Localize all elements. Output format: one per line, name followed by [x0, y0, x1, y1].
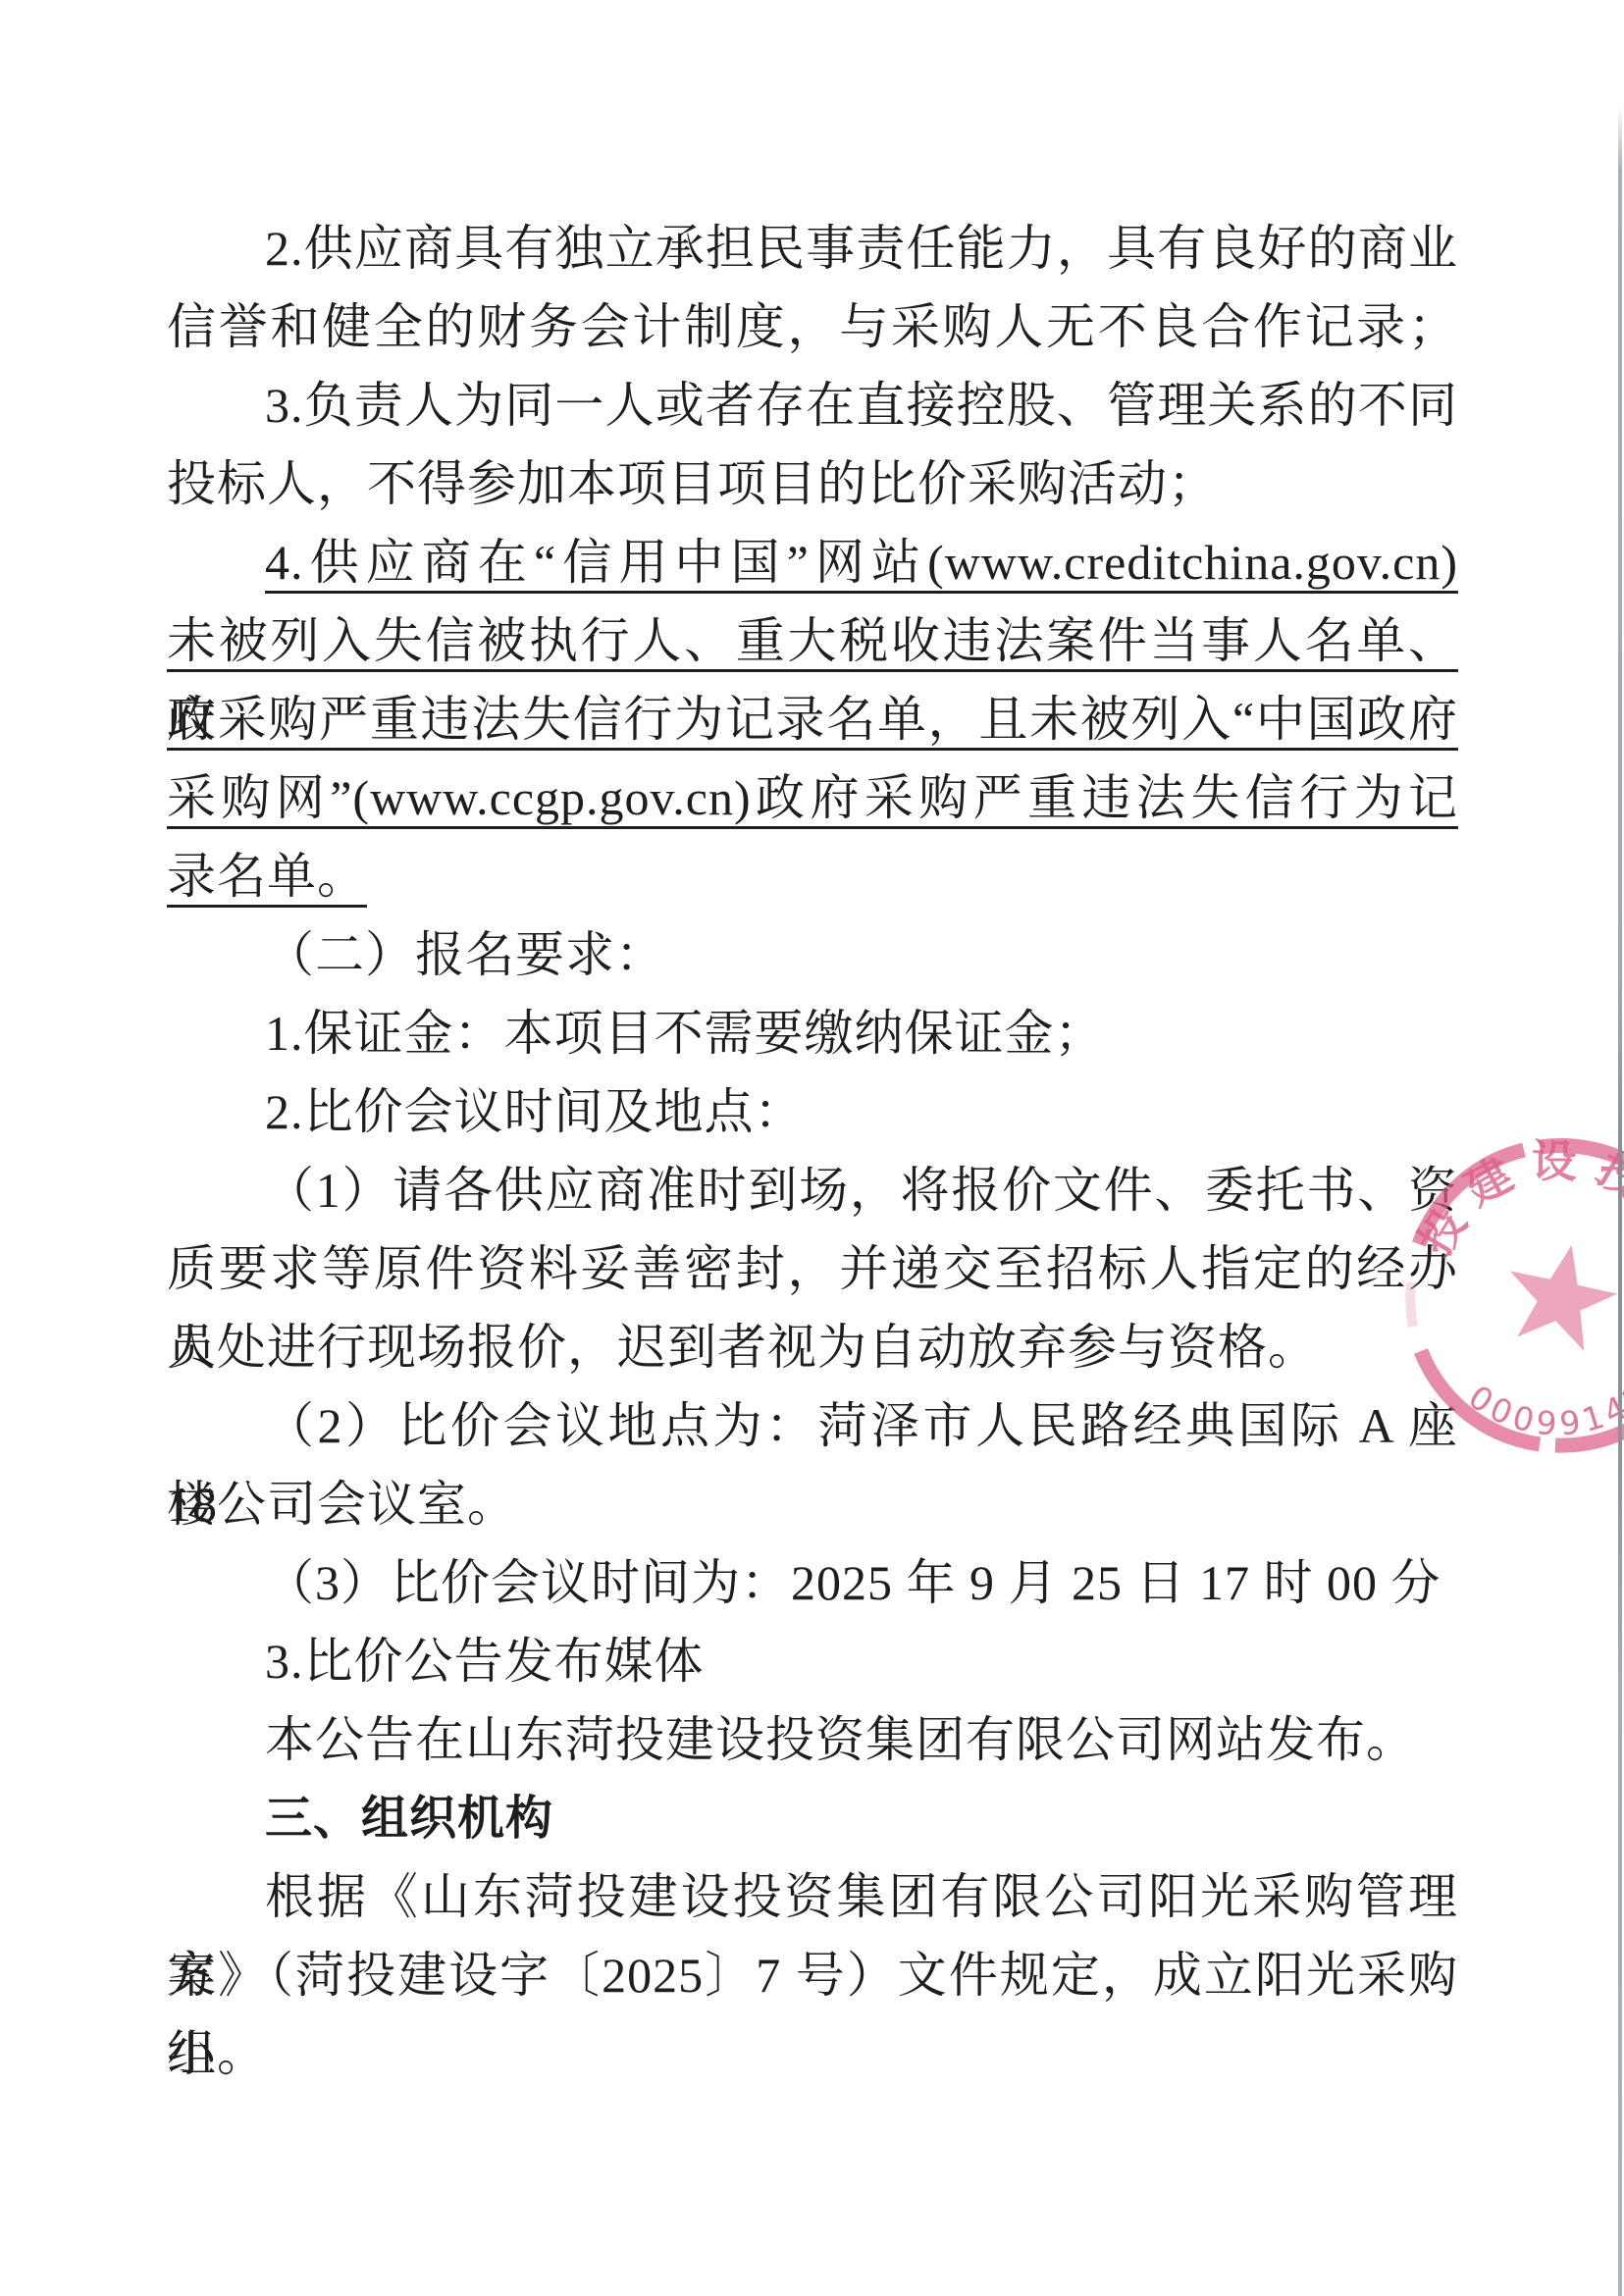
- text-line: （2）比价会议地点为：菏泽市人民路经典国际 A 座 18: [167, 1386, 1458, 1465]
- star-icon: [1502, 1238, 1620, 1350]
- text-line: （1）请各供应商准时到场，将报价文件、委托书、资: [167, 1151, 1458, 1229]
- text-line: 组。: [167, 2014, 1458, 2093]
- text-line: 质要求等原件资料妥善密封，并递交至招标人指定的经办人: [167, 1229, 1458, 1308]
- text-line: 2.比价会议时间及地点：: [167, 1072, 1458, 1151]
- scan-edge-line: [1618, 106, 1622, 2296]
- text-line: 员处进行现场报价，迟到者视为自动放弃参与资格。: [167, 1308, 1458, 1386]
- text-line: 三、组织机构: [167, 1779, 1458, 1857]
- text-line: （3）比价会议时间为：2025 年 9 月 25 日 17 时 00 分: [167, 1543, 1458, 1622]
- text-line: 4.供应商在“信用中国”网站(www.creditchina.gov.cn): [167, 523, 1458, 601]
- text-line: 案》（菏投建设字〔2025〕7 号）文件规定，成立阳光采购小: [167, 1936, 1458, 2014]
- text-line: 录名单。: [167, 837, 1458, 915]
- text-line: 2.供应商具有独立承担民事责任能力，具有良好的商业: [167, 209, 1458, 287]
- text-line: 投标人，不得参加本项目项目的比价采购活动；: [167, 444, 1458, 523]
- text-line: 楼公司会议室。: [167, 1465, 1458, 1543]
- text-line: 府采购严重违法失信行为记录名单，且未被列入“中国政府: [167, 680, 1458, 758]
- text-line: 根据《山东菏投建设投资集团有限公司阳光采购管理方: [167, 1857, 1458, 1936]
- text-line: 3.比价公告发布媒体: [167, 1622, 1458, 1700]
- text-line: 信誉和健全的财务会计制度，与采购人无不良合作记录；: [167, 287, 1458, 366]
- text-line: 采购网”(www.ccgp.gov.cn)政府采购严重违法失信行为记: [167, 758, 1458, 837]
- stamp-serial-number: 00099142: [1462, 1374, 1624, 1443]
- seal-ring-arc: [1540, 1145, 1624, 1256]
- document-body: 2.供应商具有独立承担民事责任能力，具有良好的商业信誉和健全的财务会计制度，与采…: [167, 209, 1458, 2093]
- text-line: 未被列入失信被执行人、重大税收违法案件当事人名单、政: [167, 601, 1458, 680]
- text-line: （二）报名要求：: [167, 915, 1458, 994]
- text-line: 1.保证金：本项目不需要缴纳保证金；: [167, 994, 1458, 1072]
- text-line: 本公告在山东菏投建设投资集团有限公司网站发布。: [167, 1700, 1458, 1779]
- svg-text:00099142: 00099142: [1462, 1374, 1624, 1443]
- text-line: 3.负责人为同一人或者存在直接控股、管理关系的不同: [167, 366, 1458, 444]
- seal-ring-arc: [1555, 1371, 1624, 1445]
- document-page: 2.供应商具有独立承担民事责任能力，具有良好的商业信誉和健全的财务会计制度，与采…: [0, 0, 1624, 2296]
